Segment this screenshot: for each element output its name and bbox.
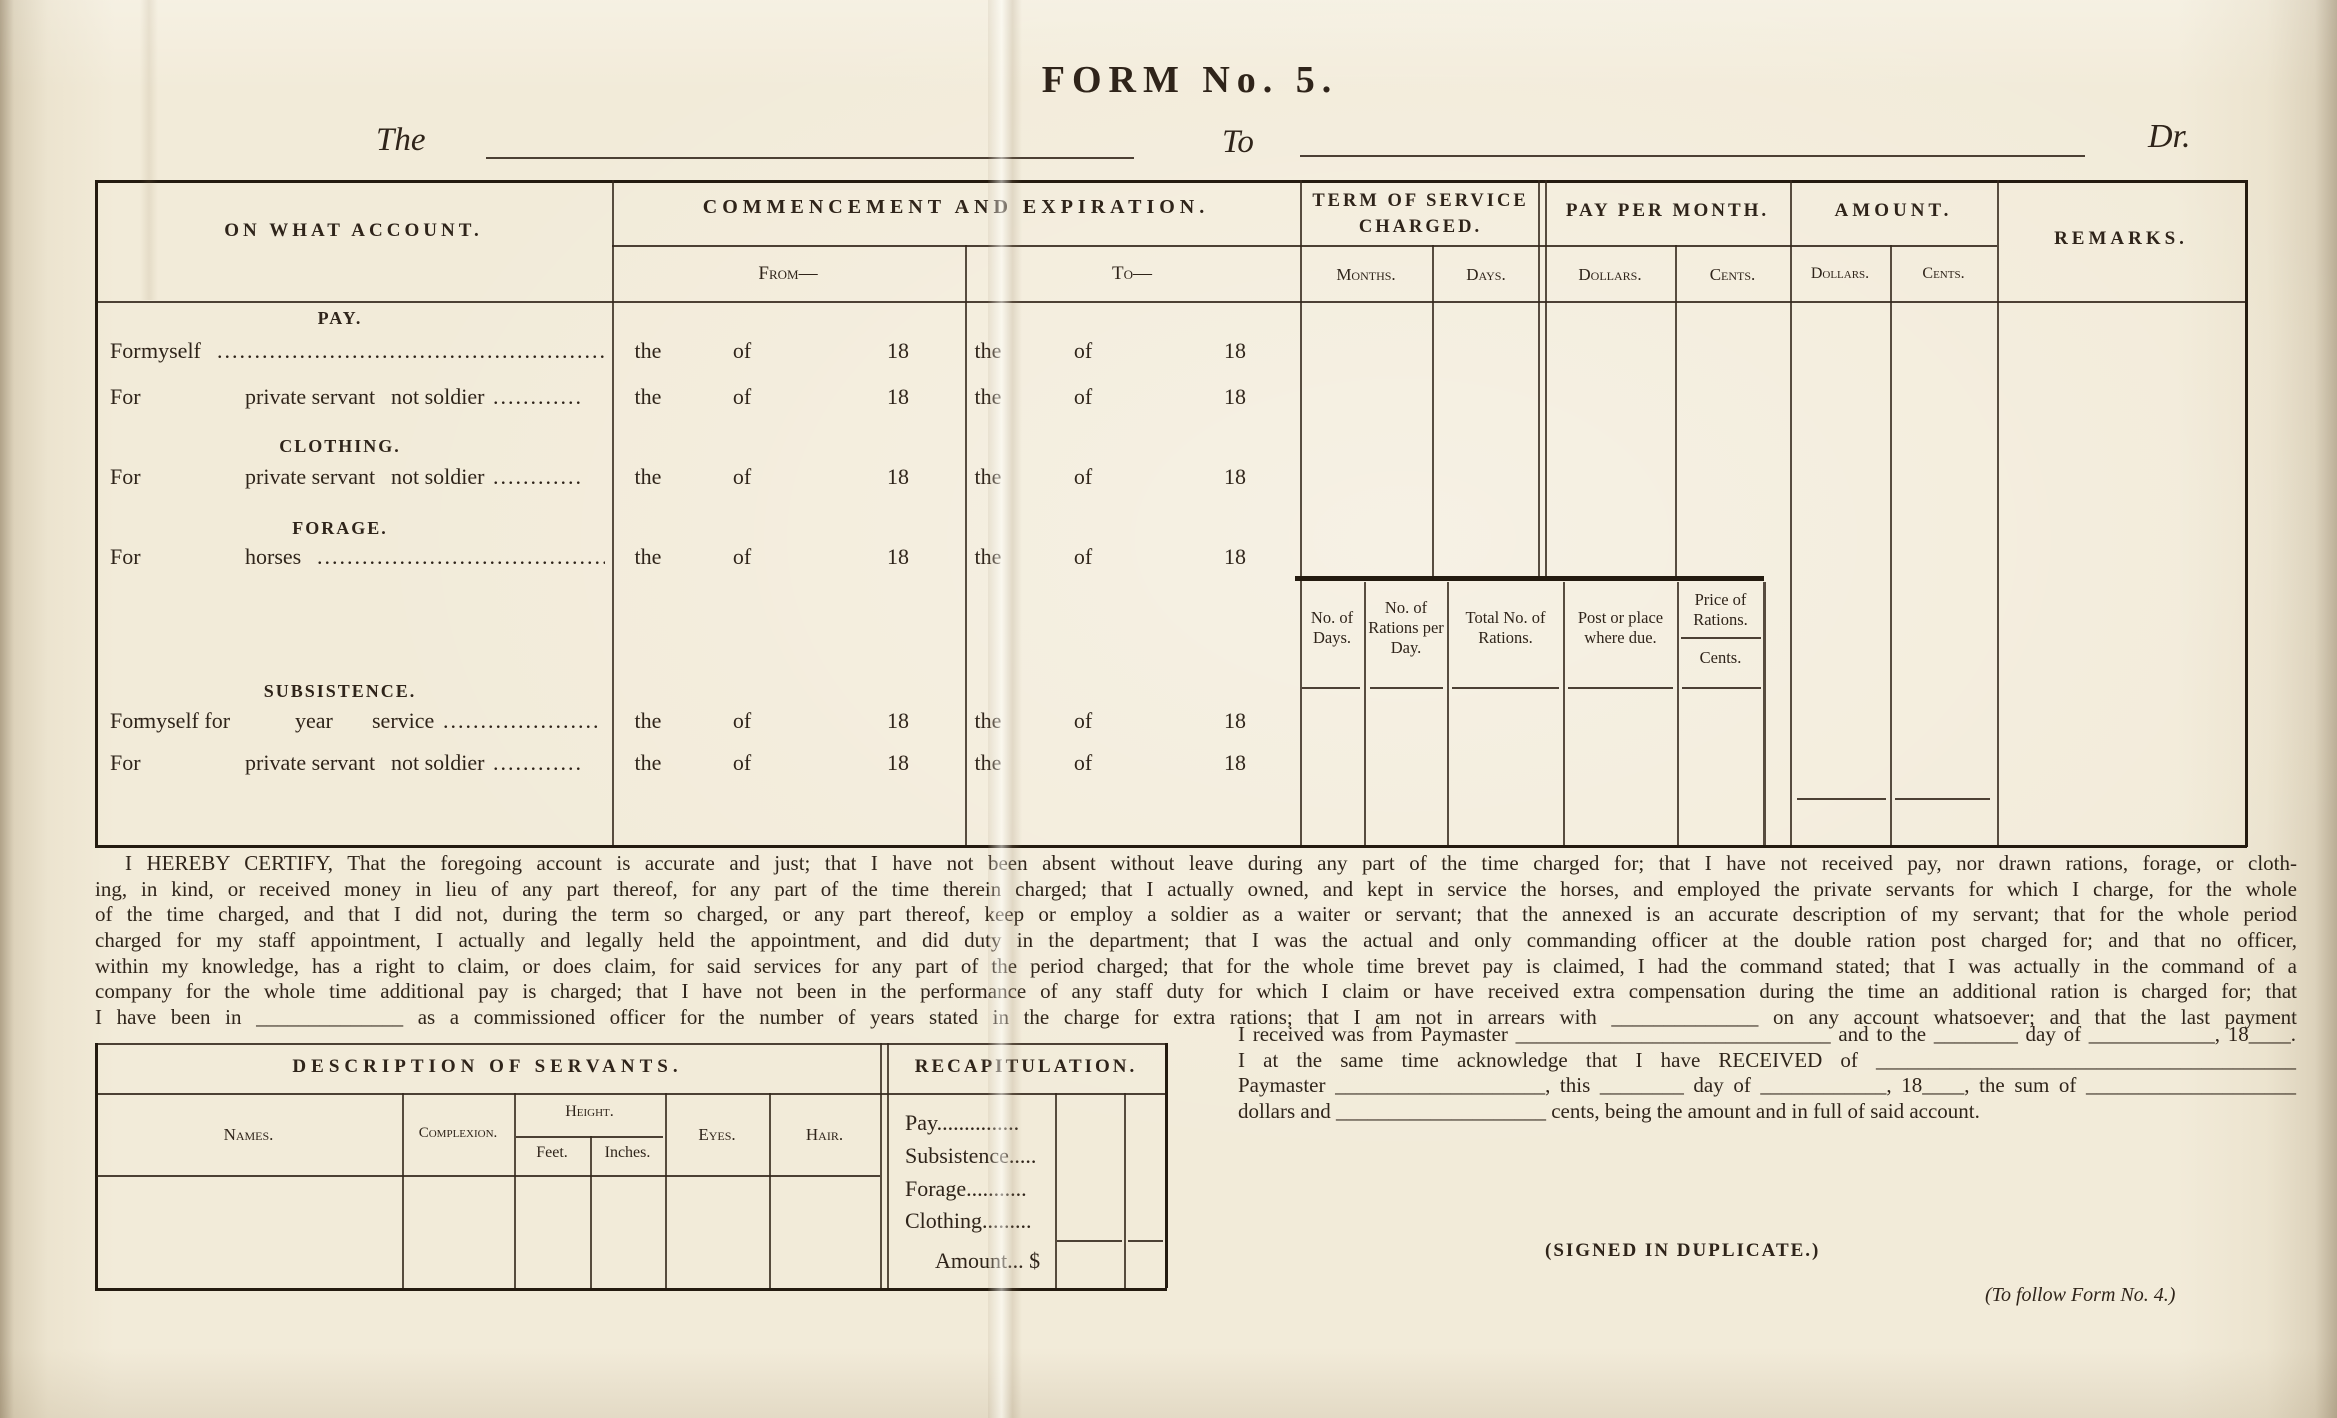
date-the: the bbox=[975, 464, 1002, 490]
servants-table-title: DESCRIPTION OF SERVANTS. bbox=[95, 1056, 880, 1078]
row-for: For bbox=[110, 338, 141, 364]
recapitulation-title: RECAPITULATION. bbox=[887, 1056, 1165, 1078]
recap-item-subsistence: Subsistence..... bbox=[905, 1143, 1036, 1169]
table-row: For horses .............................… bbox=[95, 544, 2245, 572]
box-top-border bbox=[95, 1043, 1167, 1045]
table-right-border bbox=[2245, 180, 2248, 847]
date-of: of bbox=[1074, 464, 1092, 490]
receipt-line: Paymaster ____________________, this ___… bbox=[1238, 1073, 2296, 1099]
date-of: of bbox=[733, 708, 751, 734]
servants-header-eyes: Eyes. bbox=[667, 1125, 767, 1145]
amount-total-rule bbox=[1797, 798, 1886, 800]
date-of: of bbox=[1074, 384, 1092, 410]
row-item: year bbox=[295, 708, 333, 734]
box-left-border bbox=[95, 1043, 98, 1291]
receipt-block: I received was from Paymaster __________… bbox=[1238, 1022, 2296, 1124]
date-of: of bbox=[733, 464, 751, 490]
col-line-double bbox=[1538, 180, 1540, 578]
col-header-from: From— bbox=[698, 263, 878, 285]
recap-item-forage: Forage........... bbox=[905, 1176, 1027, 1202]
date-year: 18 bbox=[887, 708, 909, 734]
date-year: 18 bbox=[887, 544, 909, 570]
row-item: private servant bbox=[245, 750, 375, 776]
signed-in-duplicate-note: (SIGNED IN DUPLICATE.) bbox=[1545, 1240, 1820, 1262]
servants-header-hair: Hair. bbox=[771, 1125, 878, 1145]
receipt-line: dollars and ____________________ cents, … bbox=[1238, 1099, 2296, 1125]
table-row: For private servant not soldier ........… bbox=[95, 464, 2245, 492]
col-header-on-what-account: ON WHAT ACCOUNT. bbox=[95, 220, 612, 242]
certificate-line: of the time charged, and that I did not,… bbox=[95, 902, 2297, 928]
col-header-remarks: REMARKS. bbox=[1997, 228, 2245, 250]
rations-underrule bbox=[1682, 687, 1761, 689]
certificate-line: I HEREBY CERTIFY, That the foregoing acc… bbox=[95, 851, 2297, 877]
date-of: of bbox=[1074, 338, 1092, 364]
row-for: For bbox=[110, 708, 141, 734]
col-header-term-of-service: TERM OF SERVICE CHARGED. bbox=[1308, 188, 1533, 240]
col-header-amount-dollars: Dollars. bbox=[1790, 265, 1890, 283]
servants-header-feet: Feet. bbox=[516, 1144, 588, 1162]
certificate-line: within my knowledge, has a right to clai… bbox=[95, 954, 2297, 980]
rations-price-rule bbox=[1681, 637, 1761, 639]
recap-col-line bbox=[1124, 1093, 1126, 1288]
col-header-days: Days. bbox=[1432, 265, 1540, 285]
date-the: the bbox=[635, 338, 662, 364]
recap-amount-rule bbox=[1057, 1240, 1122, 1242]
date-the: the bbox=[975, 384, 1002, 410]
recap-col-line bbox=[1055, 1093, 1057, 1288]
table-row: For myself .............................… bbox=[95, 338, 2245, 366]
scanned-form-page: { "header": { "form_title": "FORM No. 5.… bbox=[0, 0, 2337, 1418]
rations-header-no-of-days: No. of Days. bbox=[1300, 608, 1364, 648]
section-label-forage: FORAGE. bbox=[130, 518, 550, 539]
rations-header-rations-per-day: No. of Rations per Day. bbox=[1366, 598, 1446, 658]
section-label-subsistence: SUBSISTENCE. bbox=[130, 681, 550, 702]
col-header-amount: AMOUNT. bbox=[1790, 200, 1997, 222]
date-year: 18 bbox=[1224, 338, 1246, 364]
date-the: the bbox=[635, 384, 662, 410]
date-year: 18 bbox=[1224, 544, 1246, 570]
certificate-line: ing, in kind, or received money in lieu … bbox=[95, 877, 2297, 903]
to-label: To bbox=[1222, 124, 1254, 161]
date-the: the bbox=[635, 544, 662, 570]
date-of: of bbox=[1074, 750, 1092, 776]
date-the: the bbox=[975, 338, 1002, 364]
rations-heavy-rule bbox=[1295, 576, 1764, 581]
row-item: private servant bbox=[245, 384, 375, 410]
the-label: The bbox=[376, 122, 426, 159]
date-of: of bbox=[1074, 544, 1092, 570]
date-year: 18 bbox=[1224, 384, 1246, 410]
date-the: the bbox=[635, 708, 662, 734]
col-header-amount-cents: Cents. bbox=[1890, 265, 1997, 283]
height-subrule bbox=[516, 1136, 663, 1138]
servants-col-line bbox=[514, 1093, 516, 1288]
date-the: the bbox=[975, 750, 1002, 776]
col-header-pay-per-month: PAY PER MONTH. bbox=[1545, 200, 1790, 222]
rations-header-post-or-place: Post or place where due. bbox=[1565, 608, 1676, 648]
certificate-paragraph: I HEREBY CERTIFY, That the foregoing acc… bbox=[95, 851, 2297, 1031]
table-left-border bbox=[95, 180, 98, 847]
row-item: not soldier bbox=[391, 464, 485, 490]
recap-amount-rule bbox=[1128, 1240, 1163, 1242]
date-of: of bbox=[733, 384, 751, 410]
col-header-pay-dollars: Dollars. bbox=[1545, 265, 1675, 285]
col-header-months: Months. bbox=[1300, 265, 1432, 285]
box-divider-double bbox=[887, 1043, 889, 1288]
table-top-border bbox=[95, 180, 2247, 183]
rations-header-price-cents: Cents. bbox=[1679, 648, 1762, 668]
col-line-double bbox=[1545, 180, 1547, 578]
date-of: of bbox=[1074, 708, 1092, 734]
receipt-line: I at the same time acknowledge that I ha… bbox=[1238, 1048, 2296, 1074]
recap-amount-label: Amount... $ bbox=[935, 1248, 1040, 1274]
date-year: 18 bbox=[1224, 464, 1246, 490]
servants-header-height: Height. bbox=[516, 1103, 663, 1121]
date-year: 18 bbox=[887, 464, 909, 490]
col-header-commencement: COMMENCEMENT AND EXPIRATION. bbox=[612, 196, 1300, 219]
row-dot-leader: ........................................… bbox=[317, 544, 605, 570]
row-dot-leader: ............ bbox=[493, 464, 605, 490]
rations-underrule bbox=[1568, 687, 1673, 689]
rations-header-total-rations: Total No. of Rations. bbox=[1449, 608, 1562, 648]
page-fold-crease-minor bbox=[140, 0, 158, 300]
row-for: For bbox=[110, 750, 141, 776]
col-line bbox=[612, 180, 614, 845]
date-the: the bbox=[635, 750, 662, 776]
table-subheader-rule bbox=[95, 301, 2245, 303]
date-the: the bbox=[635, 464, 662, 490]
col-header-pay-cents: Cents. bbox=[1675, 265, 1790, 285]
certificate-line: charged for my staff appointment, I actu… bbox=[95, 928, 2297, 954]
recap-item-pay: Pay............... bbox=[905, 1110, 1019, 1136]
to-follow-form-note: (To follow Form No. 4.) bbox=[1985, 1284, 2175, 1307]
date-year: 18 bbox=[887, 338, 909, 364]
box-title-rule bbox=[95, 1093, 1167, 1095]
row-dot-leader: ........................................… bbox=[217, 338, 607, 364]
row-item: private servant bbox=[245, 464, 375, 490]
date-year: 18 bbox=[1224, 750, 1246, 776]
box-divider-double bbox=[880, 1043, 882, 1288]
row-dot-leader: ............ bbox=[493, 750, 605, 776]
date-the: the bbox=[975, 708, 1002, 734]
date-year: 18 bbox=[887, 750, 909, 776]
table-row: For private servant not soldier ........… bbox=[95, 750, 2245, 778]
date-the: the bbox=[975, 544, 1002, 570]
amount-total-rule bbox=[1895, 798, 1990, 800]
servants-col-line bbox=[402, 1093, 404, 1288]
box-right-border bbox=[1165, 1043, 1168, 1288]
servants-header-inches: Inches. bbox=[592, 1144, 663, 1162]
section-label-pay: PAY. bbox=[130, 308, 550, 329]
date-year: 18 bbox=[887, 384, 909, 410]
servants-col-line bbox=[769, 1093, 771, 1288]
servants-col-line bbox=[665, 1093, 667, 1288]
table-bottom-border bbox=[95, 845, 2247, 848]
servants-header-names: Names. bbox=[97, 1125, 400, 1145]
box-bottom-border bbox=[95, 1288, 1167, 1291]
date-year: 18 bbox=[1224, 708, 1246, 734]
dr-label: Dr. bbox=[2148, 118, 2191, 156]
row-dot-leader: ..................... bbox=[443, 708, 605, 734]
servants-header-complexion: Complexion. bbox=[404, 1125, 512, 1142]
row-item: horses bbox=[245, 544, 301, 570]
row-item: not soldier bbox=[391, 384, 485, 410]
receipt-line: I received was from Paymaster __________… bbox=[1238, 1022, 2296, 1048]
table-row: For myself for year service ............… bbox=[95, 708, 2245, 736]
rations-underrule bbox=[1452, 687, 1559, 689]
servants-header-rule bbox=[97, 1175, 880, 1177]
rations-underrule bbox=[1370, 687, 1443, 689]
certificate-line: company for the whole time additional pa… bbox=[95, 979, 2297, 1005]
rations-underrule bbox=[1302, 687, 1360, 689]
row-for: For bbox=[110, 384, 141, 410]
col-line bbox=[1997, 180, 1999, 845]
col-header-to: To— bbox=[1042, 263, 1222, 285]
section-label-clothing: CLOTHING. bbox=[130, 436, 550, 457]
table-row: For private servant not soldier ........… bbox=[95, 384, 2245, 412]
row-for: For bbox=[110, 464, 141, 490]
rations-header-price-of-rations: Price of Rations. bbox=[1679, 590, 1762, 630]
row-item: not soldier bbox=[391, 750, 485, 776]
date-of: of bbox=[733, 544, 751, 570]
form-title: FORM No. 5. bbox=[900, 58, 1480, 102]
date-of: of bbox=[733, 338, 751, 364]
row-for: For bbox=[110, 544, 141, 570]
row-item: service bbox=[372, 708, 434, 734]
date-of: of bbox=[733, 750, 751, 776]
row-item: myself for bbox=[139, 708, 230, 734]
row-item: myself bbox=[141, 338, 201, 364]
row-dot-leader: ............ bbox=[493, 384, 605, 410]
the-blank-line bbox=[486, 157, 1134, 159]
recap-item-clothing: Clothing......... bbox=[905, 1208, 1032, 1234]
to-blank-line bbox=[1300, 155, 2085, 157]
rations-right-line bbox=[1763, 582, 1766, 845]
